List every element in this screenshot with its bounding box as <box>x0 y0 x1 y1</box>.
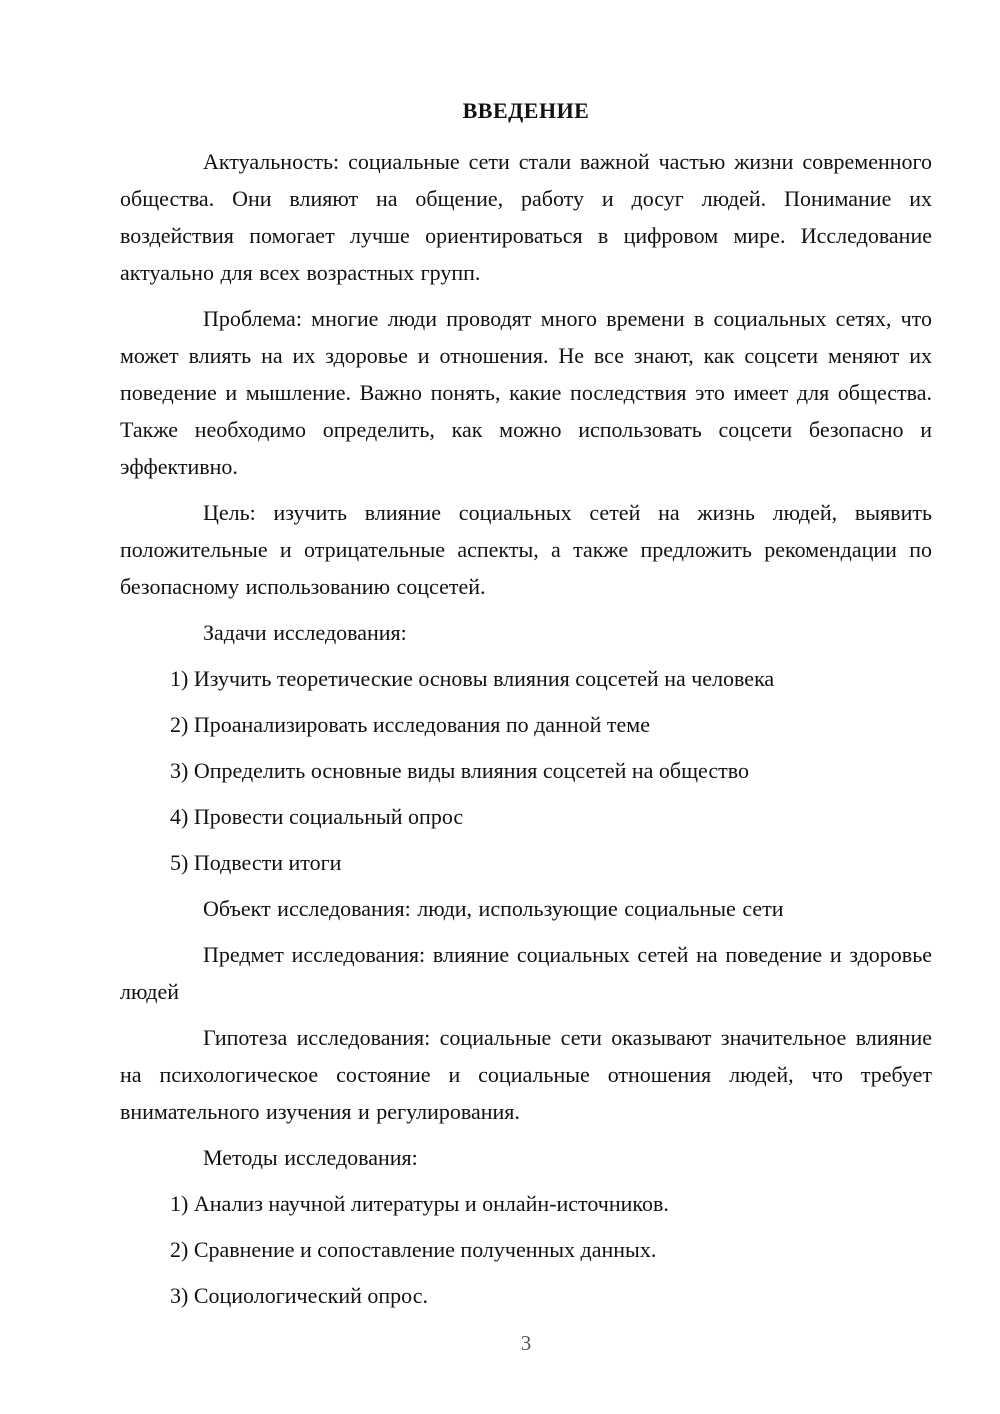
method-list-item: 3) Социологический опрос. <box>120 1277 932 1314</box>
task-list-item: 5) Подвести итоги <box>120 844 932 881</box>
task-list-item: 1) Изучить теоретические основы влияния … <box>120 660 932 697</box>
method-list-item: 2) Сравнение и сопоставление полученных … <box>120 1231 932 1268</box>
task-list-item: 4) Провести социальный опрос <box>120 798 932 835</box>
paragraph-relevance: Актуальность: социальные сети стали важн… <box>120 143 932 291</box>
page-number: 3 <box>120 1330 932 1356</box>
paragraph-subject: Предмет исследования: влияние социальных… <box>120 936 932 1010</box>
task-list-item: 3) Определить основные виды влияния соцс… <box>120 752 932 789</box>
tasks-heading: Задачи исследования: <box>120 614 932 651</box>
method-list-item: 1) Анализ научной литературы и онлайн-ис… <box>120 1185 932 1222</box>
paragraph-problem: Проблема: многие люди проводят много вре… <box>120 300 932 485</box>
document-page: ВВЕДЕНИЕ Актуальность: социальные сети с… <box>0 0 1000 1414</box>
paragraph-goal: Цель: изучить влияние социальных сетей н… <box>120 494 932 605</box>
paragraph-object: Объект исследования: люди, использующие … <box>120 890 932 927</box>
methods-heading: Методы исследования: <box>120 1139 932 1176</box>
paragraph-hypothesis: Гипотеза исследования: социальные сети о… <box>120 1019 932 1130</box>
page-title: ВВЕДЕНИЕ <box>120 96 932 126</box>
task-list-item: 2) Проанализировать исследования по данн… <box>120 706 932 743</box>
